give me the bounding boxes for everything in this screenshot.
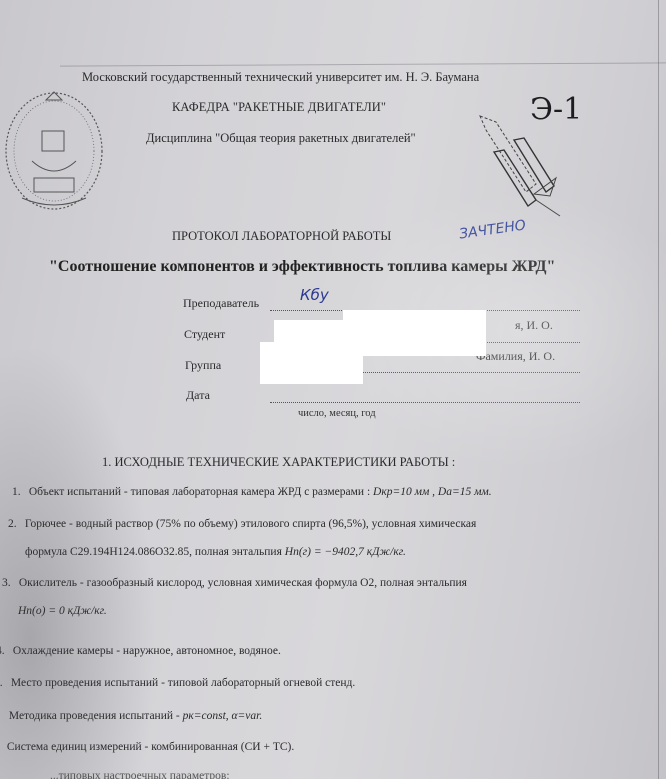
university-name: Московский государственный технический у… bbox=[82, 70, 479, 85]
protocol-heading: ПРОТОКОЛ ЛАБОРАТОРНОЙ РАБОТЫ bbox=[172, 229, 391, 244]
redaction-box bbox=[343, 310, 486, 356]
date-caption: число, месяц, год bbox=[298, 408, 376, 419]
top-rule bbox=[60, 62, 666, 66]
date-line bbox=[270, 402, 580, 403]
group-label: Группа bbox=[185, 358, 221, 373]
rocket-sketch-icon bbox=[474, 112, 584, 222]
list-item-7: 7. Система единиц измерений - комбиниров… bbox=[0, 741, 294, 753]
list-item-5: 5. Место проведения испытаний - типовой … bbox=[0, 677, 355, 689]
scanned-document-page: Московский государственный технический у… bbox=[0, 0, 666, 779]
student-label: Студент bbox=[184, 327, 225, 342]
redaction-box bbox=[274, 320, 354, 344]
list-item-8-partial: ...типовых настроечных параметров: bbox=[50, 770, 230, 779]
list-item-2: 2. Горючее - водный раствор (75% по объе… bbox=[8, 518, 476, 530]
list-item-1: 1. Объект испытаний - типовая лабораторн… bbox=[12, 486, 492, 498]
department-name: КАФЕДРА "РАКЕТНЫЕ ДВИГАТЕЛИ" bbox=[172, 100, 386, 115]
teacher-label: Преподаватель bbox=[183, 296, 259, 311]
list-item-3-continued: Hп(о) = 0 кДж/кг. bbox=[18, 605, 107, 617]
date-label: Дата bbox=[186, 388, 210, 403]
page-edge bbox=[658, 0, 659, 779]
list-item-6: 6. Методика проведения испытаний - pк=co… bbox=[0, 710, 262, 722]
university-emblem-icon bbox=[2, 86, 112, 216]
section-heading: 1. ИСХОДНЫЕ ТЕХНИЧЕСКИЕ ХАРАКТЕРИСТИКИ Р… bbox=[102, 455, 455, 470]
list-item-3: 3. Окислитель - газообразный кислород, у… bbox=[2, 577, 467, 589]
redaction-box bbox=[260, 342, 363, 384]
work-title: "Соотношение компонентов и эффективность… bbox=[49, 258, 555, 276]
group-right-caption: Фамилия, И. О. bbox=[476, 349, 555, 364]
handwritten-approval-note: ЗАЧТЕНО bbox=[458, 217, 527, 242]
student-caption: я, И. О. bbox=[515, 318, 553, 333]
list-item-2-continued: формула C29.194H124.086O32.85, полная эн… bbox=[25, 546, 406, 558]
teacher-signature: Кбу bbox=[300, 286, 329, 304]
discipline-name: Дисциплина "Общая теория ракетных двигат… bbox=[146, 131, 416, 146]
list-item-4: 4. Охлаждение камеры - наружное, автоном… bbox=[0, 645, 281, 657]
